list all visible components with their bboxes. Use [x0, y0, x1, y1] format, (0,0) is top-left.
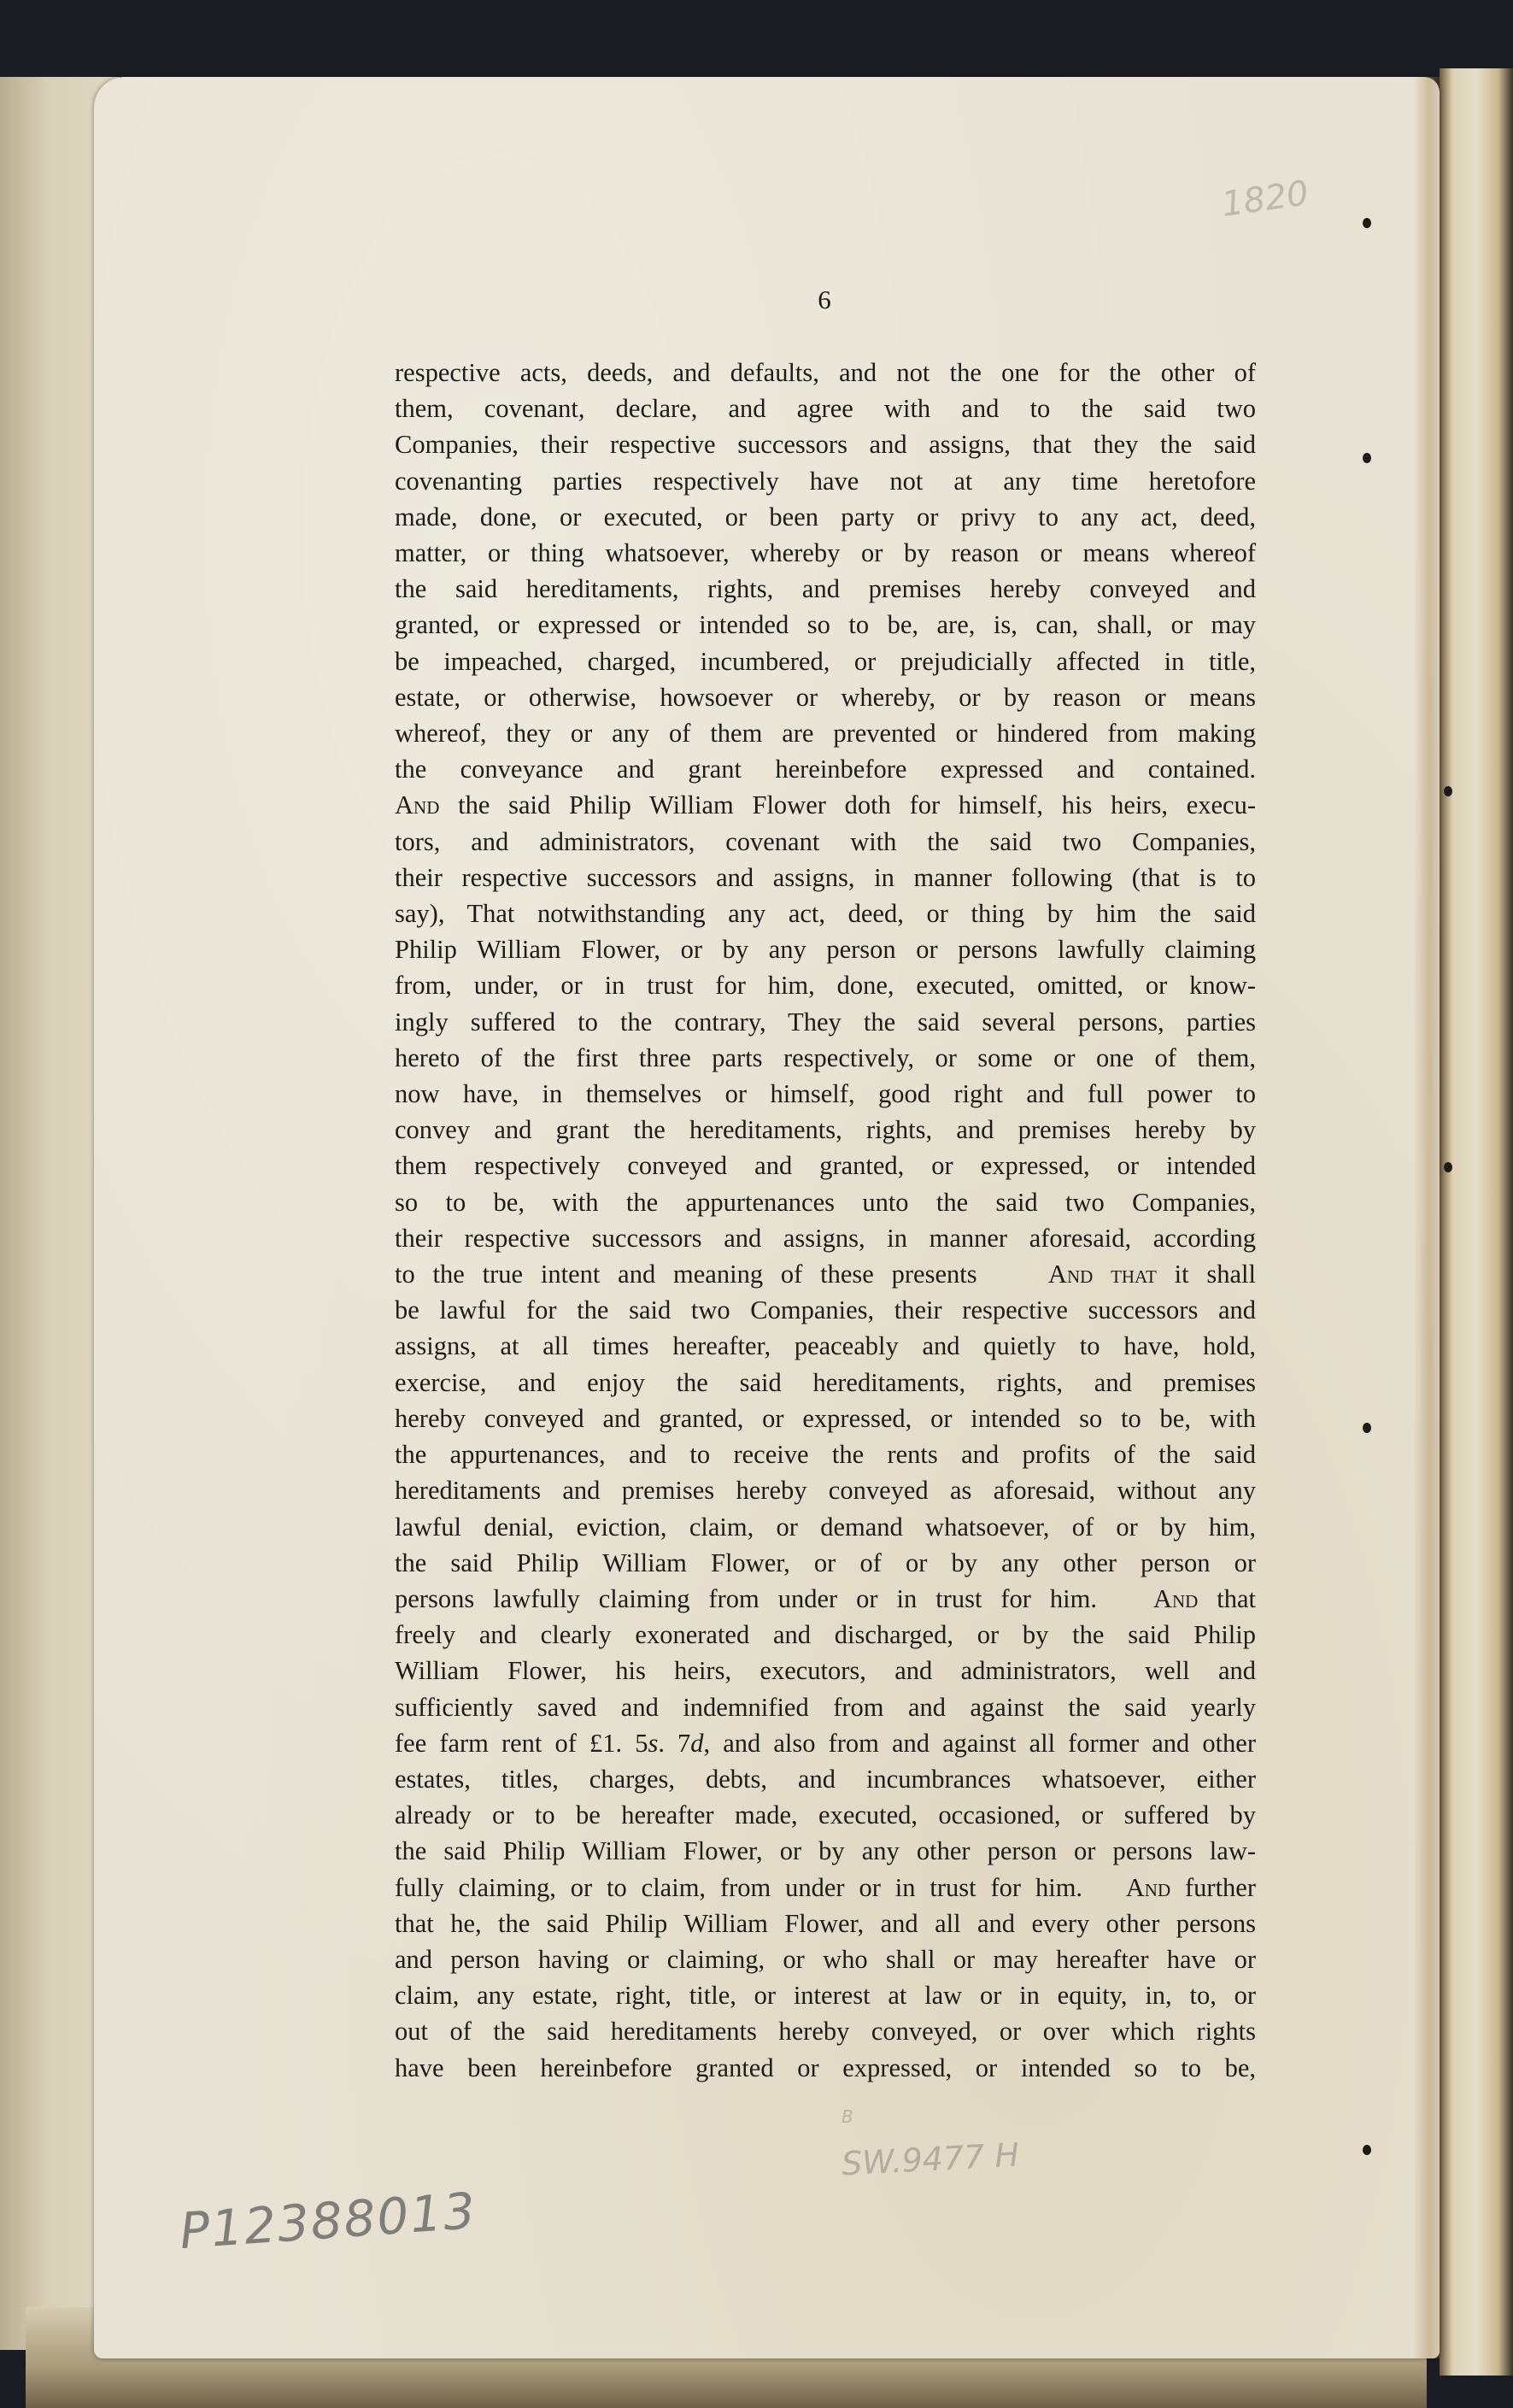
- text-line: that he, the said Philip William Flower,…: [395, 1906, 1256, 1941]
- text-run: fully claiming, or to claim, from under …: [395, 1873, 1082, 1902]
- text-run: fee farm rent of £1. 5: [395, 1729, 648, 1758]
- text-line: the said Philip William Flower, or of or…: [395, 1545, 1256, 1581]
- page-number: 6: [812, 285, 837, 315]
- text-line: ingly suffered to the contrary, They the…: [395, 1004, 1256, 1040]
- binding-spine: [1440, 68, 1513, 2376]
- text-line: persons lawfully claiming from under or …: [395, 1581, 1256, 1617]
- text-line: freely and clearly exonerated and discha…: [395, 1617, 1256, 1653]
- text-line: And the said Philip William Flower doth …: [395, 787, 1256, 823]
- body-text: respective acts, deeds, and defaults, an…: [395, 355, 1256, 2086]
- page-stain: [1414, 77, 1440, 2358]
- text-line: granted, or expressed or intended so to …: [395, 607, 1256, 643]
- text-line: and person having or claiming, or who sh…: [395, 1941, 1256, 1977]
- stitch-hole: [1363, 453, 1371, 463]
- text-line: tors, and administrators, covenant with …: [395, 824, 1256, 860]
- text-line: their respective successors and assigns,…: [395, 1220, 1256, 1256]
- text-run: persons lawfully claiming from under or …: [395, 1584, 1097, 1613]
- text-line: William Flower, his heirs, executors, an…: [395, 1653, 1256, 1689]
- text-run: . 7: [658, 1729, 690, 1758]
- text-line: convey and grant the hereditaments, righ…: [395, 1112, 1256, 1148]
- text-line: sufficiently saved and indemnified from …: [395, 1689, 1256, 1725]
- text-line: respective acts, deeds, and defaults, an…: [395, 355, 1256, 391]
- text-line: be impeached, charged, incumbered, or pr…: [395, 643, 1256, 679]
- text-line: estates, titles, charges, debts, and inc…: [395, 1761, 1256, 1797]
- small-caps-and: And: [1126, 1873, 1170, 1902]
- stitch-hole: [1444, 786, 1452, 796]
- text-run: it shall: [1157, 1260, 1256, 1289]
- text-line: whereof, they or any of them are prevent…: [395, 715, 1256, 751]
- stitch-hole: [1363, 2145, 1371, 2155]
- text-line: from, under, or in trust for him, done, …: [395, 967, 1256, 1003]
- small-caps-and-that: And that: [1048, 1260, 1157, 1289]
- text-line: hereto of the first three parts respecti…: [395, 1040, 1256, 1076]
- text-line: them respectively conveyed and granted, …: [395, 1148, 1256, 1183]
- text-line: now have, in themselves or himself, good…: [395, 1076, 1256, 1112]
- text-line: hereditaments and premises hereby convey…: [395, 1472, 1256, 1508]
- text-line: estate, or otherwise, howsoever or where…: [395, 679, 1256, 715]
- shillings-abbrev: s: [648, 1729, 658, 1758]
- text-line: so to be, with the appurtenances unto th…: [395, 1184, 1256, 1220]
- text-run: further: [1170, 1873, 1256, 1902]
- text-run: the said Philip William Flower doth for …: [439, 790, 1256, 819]
- pence-abbrev: d: [690, 1729, 703, 1758]
- text-line: assigns, at all times hereafter, peaceab…: [395, 1328, 1256, 1364]
- text-run: that: [1198, 1584, 1256, 1613]
- text-line: claim, any estate, right, title, or inte…: [395, 1977, 1256, 2013]
- text-line: the said hereditaments, rights, and prem…: [395, 571, 1256, 607]
- text-line: fully claiming, or to claim, from under …: [395, 1870, 1256, 1906]
- signature-mark: B: [842, 2106, 853, 2127]
- text-line: say), That notwithstanding any act, deed…: [395, 896, 1256, 931]
- text-run: to the true intent and meaning of these …: [395, 1260, 977, 1289]
- text-line: lawful denial, eviction, claim, or deman…: [395, 1509, 1256, 1545]
- stitch-hole: [1363, 218, 1371, 228]
- text-line: Companies, their respective successors a…: [395, 426, 1256, 462]
- text-line: exercise, and enjoy the said hereditamen…: [395, 1365, 1256, 1401]
- text-line: out of the said hereditaments hereby con…: [395, 2013, 1256, 2049]
- stitch-hole: [1363, 1423, 1371, 1433]
- text-line: covenanting parties respectively have no…: [395, 463, 1256, 499]
- text-line: their respective successors and assigns,…: [395, 860, 1256, 896]
- text-line: Philip William Flower, or by any person …: [395, 931, 1256, 967]
- stitch-hole: [1444, 1162, 1452, 1172]
- text-line: the appurtenances, and to receive the re…: [395, 1436, 1256, 1472]
- text-line: them, covenant, declare, and agree with …: [395, 391, 1256, 426]
- text-line: made, done, or executed, or been party o…: [395, 499, 1256, 535]
- small-caps-and: And: [395, 790, 439, 819]
- text-run: , and also from and against all former a…: [704, 1729, 1256, 1758]
- text-line: matter, or thing whatsoever, whereby or …: [395, 535, 1256, 571]
- text-line: already or to be hereafter made, execute…: [395, 1797, 1256, 1833]
- text-line: to the true intent and meaning of these …: [395, 1256, 1256, 1292]
- small-caps-and: And: [1153, 1584, 1198, 1613]
- text-line: the conveyance and grant hereinbefore ex…: [395, 751, 1256, 787]
- text-line: be lawful for the said two Companies, th…: [395, 1292, 1256, 1328]
- text-line: hereby conveyed and granted, or expresse…: [395, 1401, 1256, 1436]
- text-line: have been hereinbefore granted or expres…: [395, 2050, 1256, 2086]
- text-line: the said Philip William Flower, or by an…: [395, 1833, 1256, 1869]
- text-line: fee farm rent of £1. 5s. 7d, and also fr…: [395, 1725, 1256, 1761]
